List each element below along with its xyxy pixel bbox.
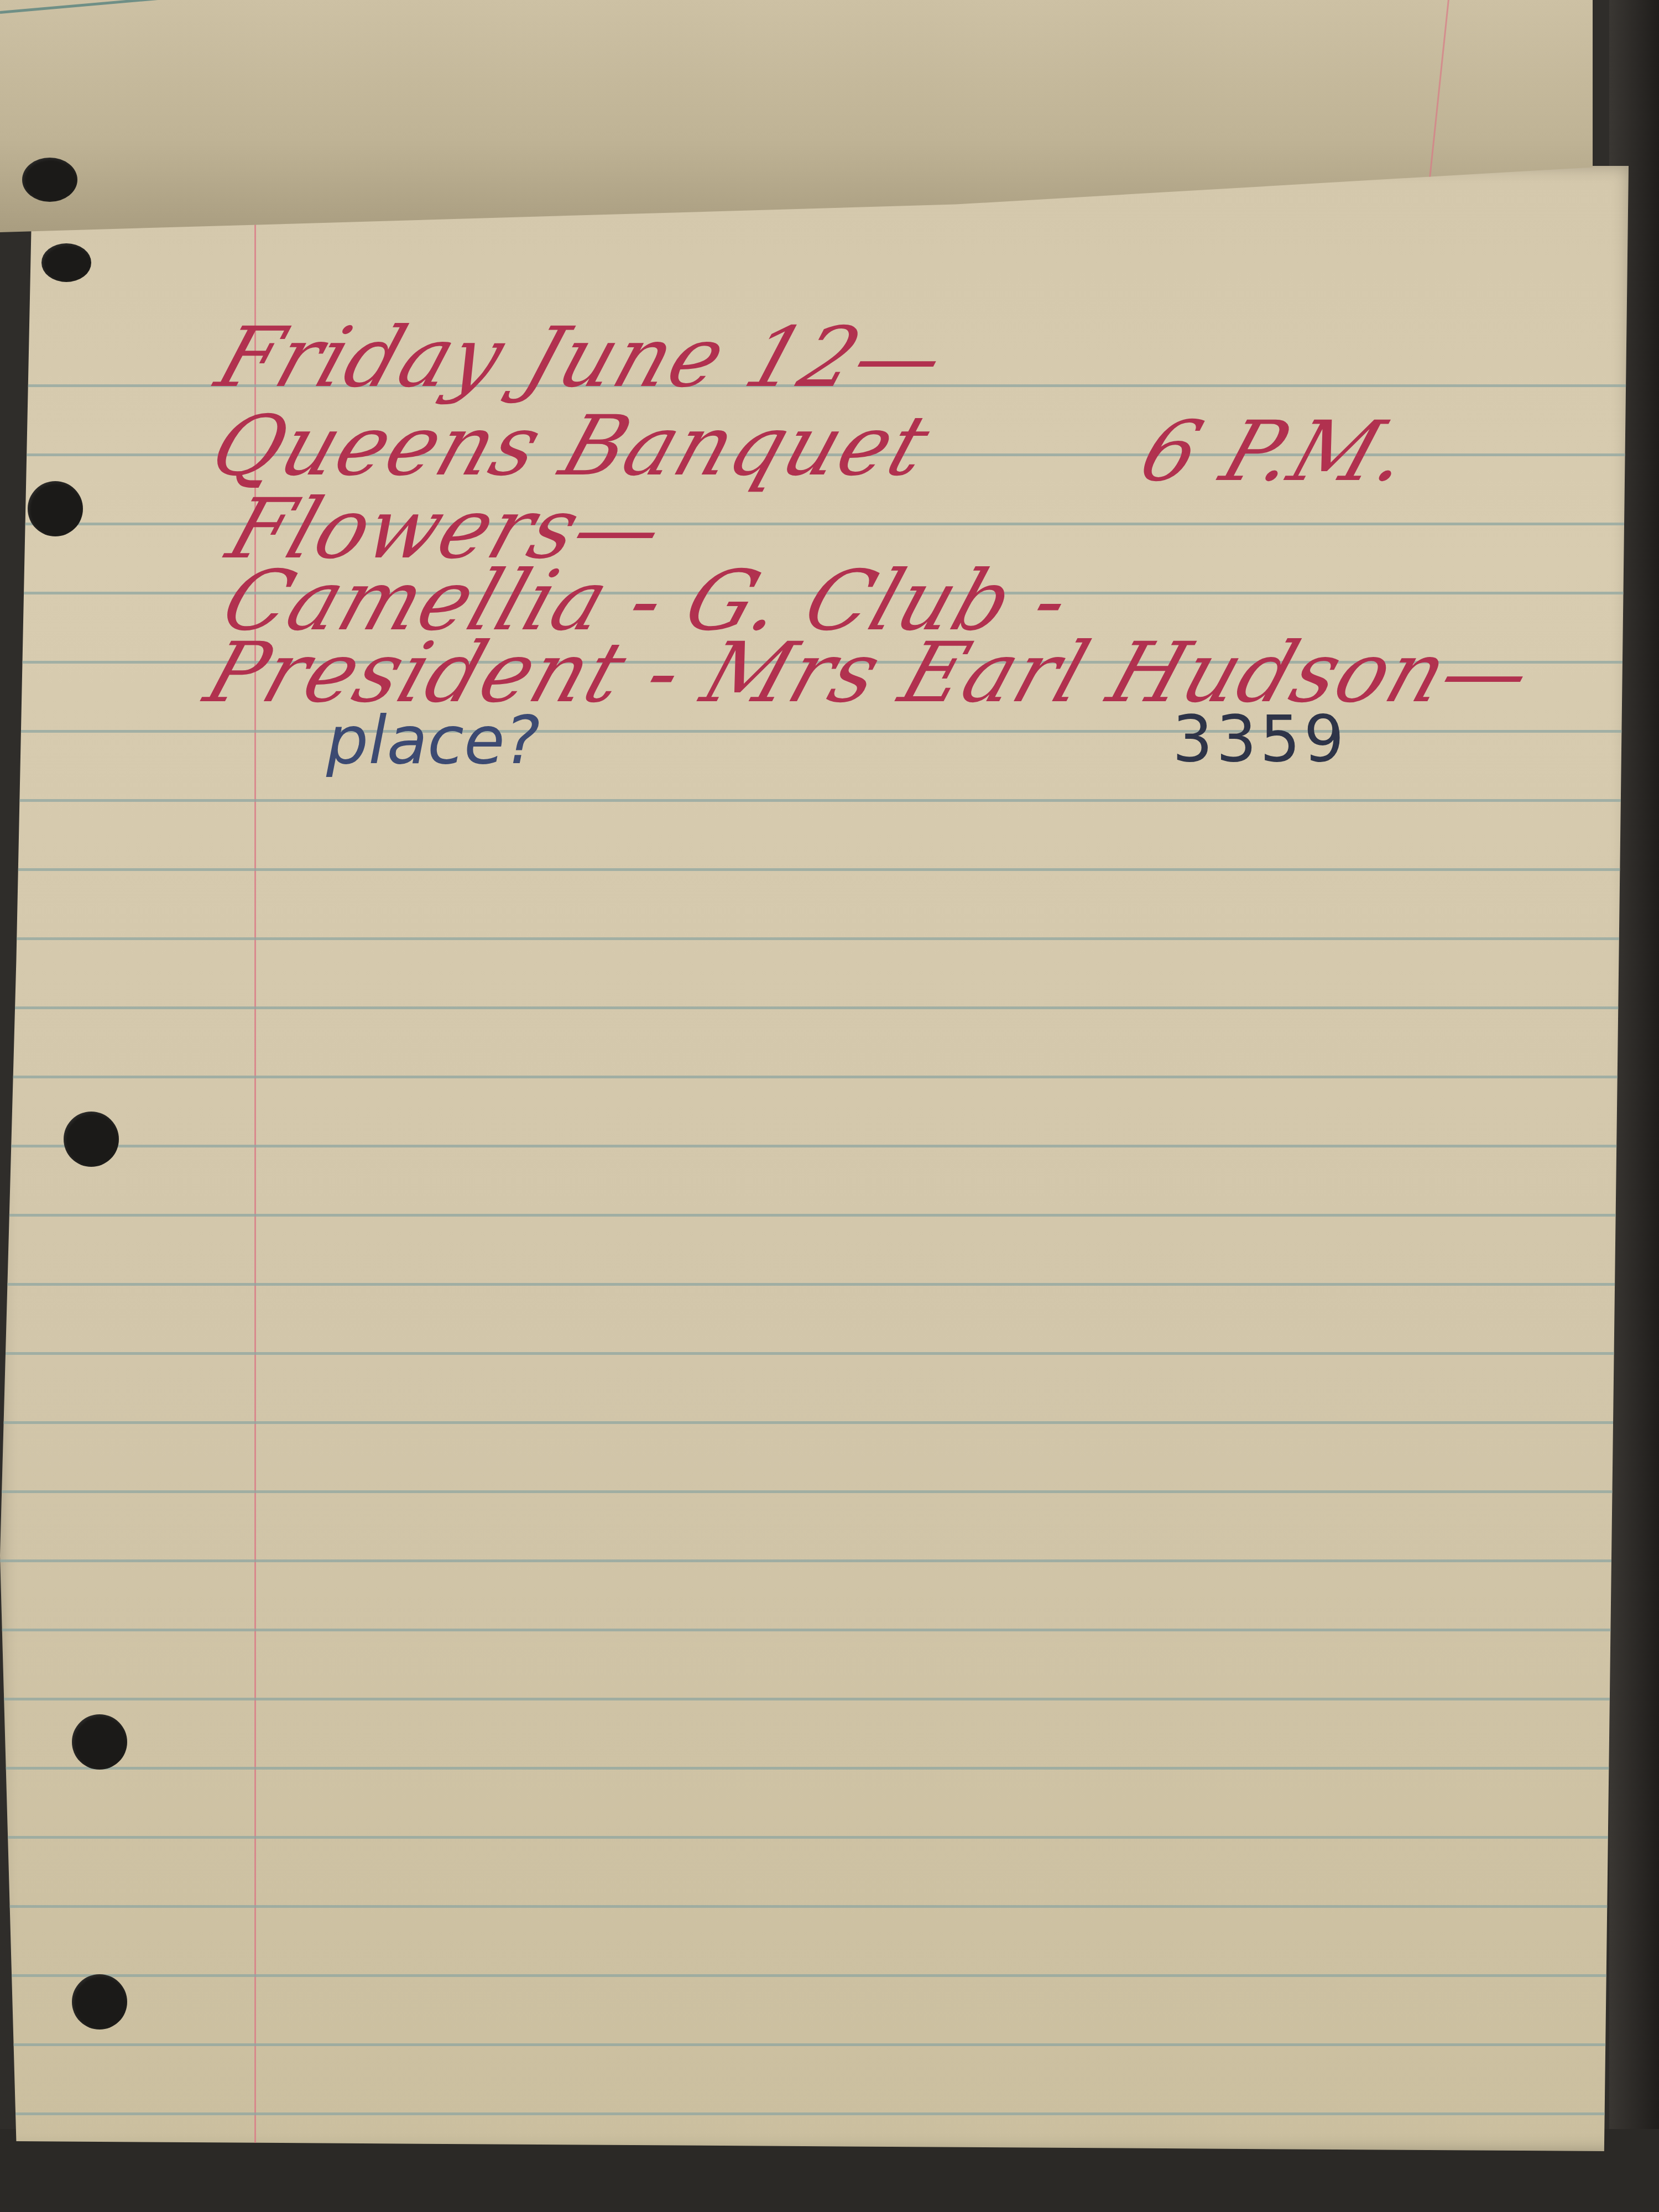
ruled-line: [0, 1836, 1629, 1839]
ruled-line: [0, 1145, 1629, 1147]
punch-hole: [41, 243, 91, 282]
punch-hole: [72, 1974, 127, 2030]
punch-hole: [22, 158, 77, 202]
ruled-line: [0, 1905, 1629, 1908]
ruled-line: [0, 868, 1629, 871]
ruled-line: [0, 1352, 1629, 1355]
punch-hole: [72, 1714, 127, 1770]
ruled-line: [0, 1214, 1629, 1217]
ruled-line: [0, 730, 1629, 733]
ruled-line: [0, 2043, 1629, 2046]
handwriting-time: 6 P.M.: [1129, 404, 1423, 500]
punch-hole: [64, 1112, 119, 1167]
ruled-line: [0, 0, 661, 14]
ruled-line: [0, 1490, 1629, 1493]
ruled-line: [0, 1006, 1629, 1009]
ruled-line: [0, 799, 1629, 802]
handwriting-date: Friday June 12—: [206, 310, 957, 406]
ruled-line: [0, 1698, 1629, 1700]
margin-line: [1428, 0, 1449, 188]
handwriting-place: place?: [326, 702, 540, 779]
ruled-line: [0, 937, 1629, 940]
handwriting-event: Queens Banquet: [200, 398, 942, 494]
ruled-line: [0, 1421, 1629, 1424]
ruled-line: [0, 1767, 1629, 1770]
ruled-line: [0, 1629, 1629, 1631]
ruled-line: [0, 2112, 1629, 2115]
ruled-line: [0, 1974, 1629, 1977]
handwriting-number: 3359: [1172, 702, 1348, 776]
ruled-line: [0, 1283, 1629, 1286]
ruled-line: [0, 1559, 1629, 1562]
ruled-line: [0, 1076, 1629, 1078]
punch-hole: [28, 481, 83, 536]
